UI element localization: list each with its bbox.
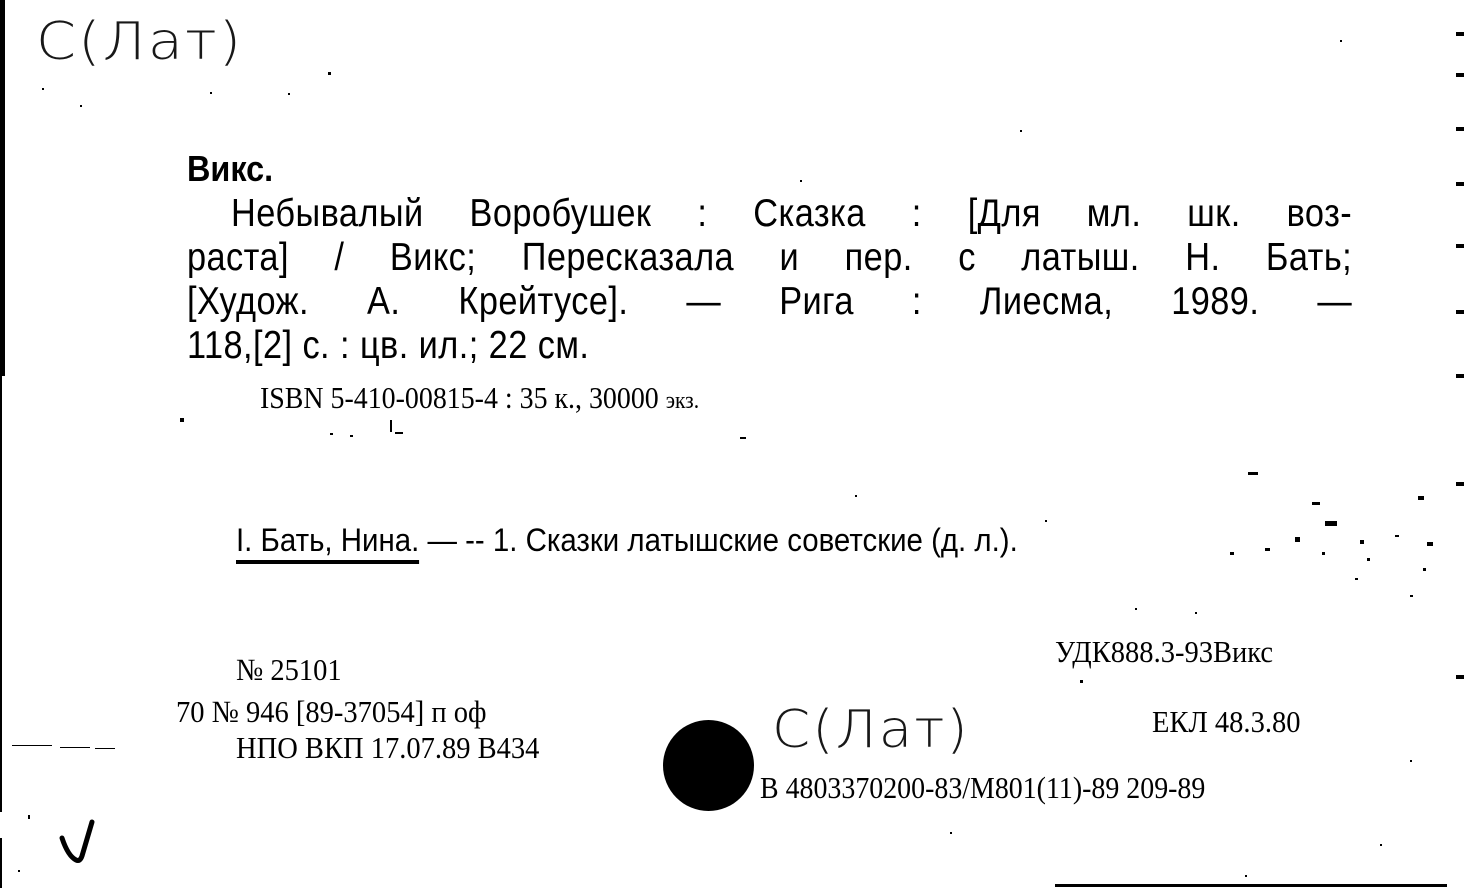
description-line: [Худож. А. Крейтусе]. — Рига : Лиесма, 1…	[187, 280, 1352, 324]
printing-number: № 25101	[236, 652, 342, 688]
printing-npo: НПО ВКП 17.07.89 В434	[236, 730, 539, 766]
description-line: Небывалый Воробушек : Сказка : [Для мл. …	[187, 192, 1352, 236]
udk-code: УДК888.3-93Викс	[1055, 634, 1273, 670]
card-left-edge-bottom	[0, 838, 2, 888]
card-bottom-edge	[1055, 884, 1447, 887]
edge-tick	[1456, 127, 1464, 131]
hole-punch	[663, 720, 754, 811]
catalog-card: С(Лат) Викс. Небывалый Воробушек : Сказк…	[0, 0, 1464, 888]
edge-tick	[1456, 73, 1464, 77]
isbn-price-run: ISBN 5-410-00815-4 : 35 к., 30000	[260, 380, 659, 415]
handwritten-shelfmark-top: С(Лат)	[36, 12, 243, 72]
checkmark-icon	[58, 818, 108, 868]
bibliographic-description: Небывалый Воробушек : Сказка : [Для мл. …	[187, 192, 1352, 368]
description-line: 118,[2] с. : цв. ил.; 22 см.	[187, 324, 1352, 368]
description-line: раста] / Викс; Пересказала и пер. с латы…	[187, 236, 1352, 280]
card-left-edge	[0, 0, 5, 376]
edge-tick	[1456, 675, 1464, 679]
edge-tick	[1456, 482, 1464, 486]
edge-tick	[1456, 374, 1464, 378]
tracing-line: I. Бать, Нина. — -- 1. Сказки латышские …	[236, 522, 1018, 559]
edge-tick	[1456, 32, 1464, 36]
isbn-line: ISBN 5-410-00815-4 : 35 к., 30000 экз.	[260, 380, 699, 416]
tracing-subject: — -- 1. Сказки латышские советские (д. л…	[419, 522, 1017, 558]
ekl-code: ЕКЛ 48.3.80	[1152, 704, 1300, 740]
edge-tick	[1456, 182, 1464, 186]
copies-suffix: экз.	[666, 388, 699, 414]
printing-order: 70 № 946 [89-37054] п оф	[176, 694, 486, 730]
edge-tick	[1456, 310, 1464, 314]
bbk-code: В 4803370200-83/М801(11)-89 209-89	[760, 770, 1205, 806]
handwritten-shelfmark-bottom: С(Лат)	[772, 700, 970, 760]
author-heading: Викс.	[187, 148, 273, 190]
edge-tick	[1456, 244, 1464, 248]
card-left-edge-thin	[0, 376, 2, 812]
tracing-person: I. Бать, Нина.	[236, 522, 419, 564]
